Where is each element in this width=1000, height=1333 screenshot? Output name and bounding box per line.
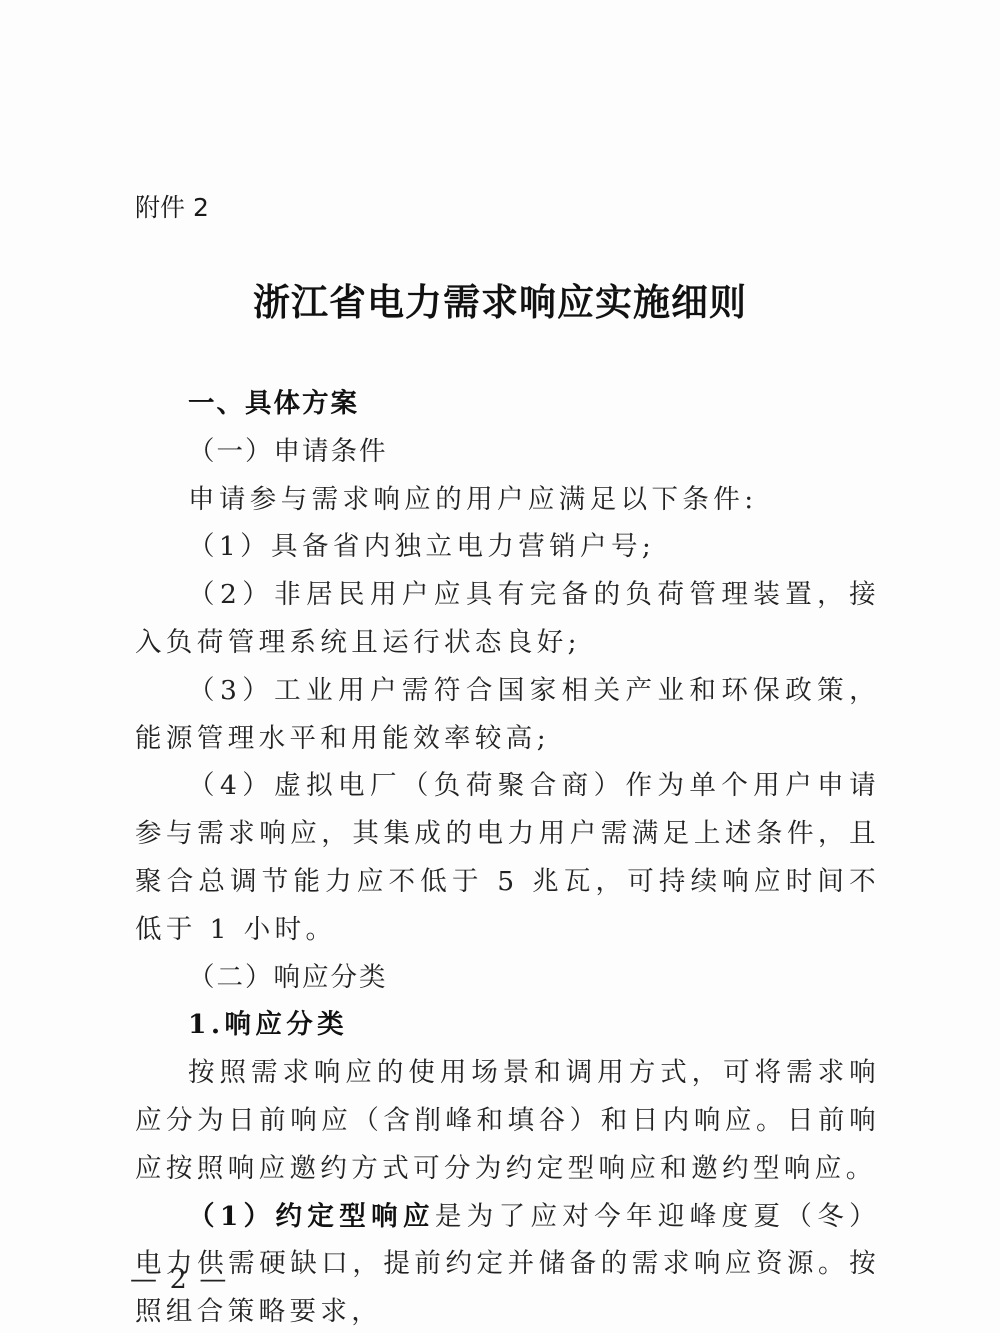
list-item-2: （2）非居民用户应具有完备的负荷管理装置，接入负荷管理系统且运行状态良好; <box>135 571 880 667</box>
list-item-1: （1）具备省内独立电力营销户号; <box>135 523 880 571</box>
paragraph-classification: 按照需求响应的使用场景和调用方式，可将需求响应分为日前响应（含削峰和填谷）和日内… <box>135 1049 880 1192</box>
page-number: — 2 — <box>130 1262 228 1298</box>
numbered-heading-response-classification: 1.响应分类 <box>135 1001 880 1049</box>
subsection-heading-response-classification: （二）响应分类 <box>135 954 880 1002</box>
document-body: 一、具体方案 （一）申请条件 申请参与需求响应的用户应满足以下条件: （1）具备… <box>135 380 880 1333</box>
paragraph-agreed-response: （1）约定型响应是为了应对今年迎峰度夏（冬）电力供需硬缺口，提前约定并储备的需求… <box>135 1193 880 1333</box>
attachment-label: 附件 2 <box>135 190 209 226</box>
document-title: 浙江省电力需求响应实施细则 <box>0 278 1000 326</box>
list-item-3: （3）工业用户需符合国家相关产业和环保政策，能源管理水平和用能效率较高; <box>135 667 880 763</box>
paragraph-intro: 申请参与需求响应的用户应满足以下条件: <box>135 476 880 524</box>
section-heading-1: 一、具体方案 <box>135 380 880 428</box>
document-page: 附件 2 浙江省电力需求响应实施细则 一、具体方案 （一）申请条件 申请参与需求… <box>0 0 1000 1333</box>
subsection-heading-application-conditions: （一）申请条件 <box>135 428 880 476</box>
agreed-response-term: （1）约定型响应 <box>188 1201 435 1232</box>
list-item-4: （4）虚拟电厂（负荷聚合商）作为单个用户申请参与需求响应，其集成的电力用户需满足… <box>135 762 880 953</box>
